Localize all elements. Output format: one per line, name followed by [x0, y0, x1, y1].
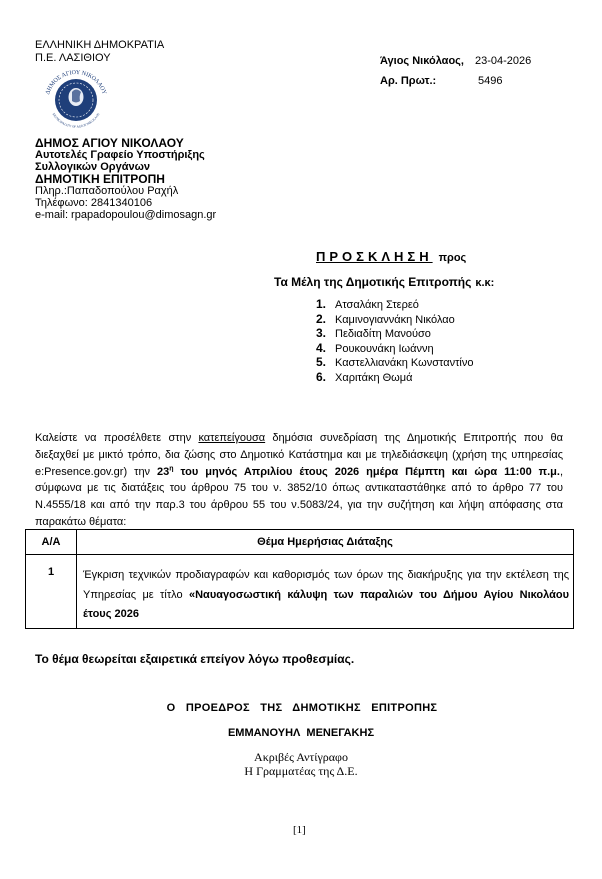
- service-title-year: έτους 2026: [83, 608, 139, 620]
- body-text: δημόσια συνεδρίαση της Δημοτικής Επιτροπ…: [265, 432, 563, 444]
- certified-copy-label: Ακριβές Αντίγραφο: [0, 751, 602, 765]
- member-number: 6.: [316, 371, 335, 385]
- member-name: Χαριτάκη Θωμά: [335, 372, 412, 384]
- item-number: 1: [26, 555, 77, 629]
- member-number: 3.: [316, 327, 335, 341]
- subject-text: Υπηρεσίας με τίτλο: [83, 589, 189, 601]
- issuer-header: ΕΛΛΗΝΙΚΗ ΔΗΜΟΚΡΑΤΙΑ Π.Ε. ΛΑΣΙΘΙΟΥ: [35, 39, 164, 64]
- body-line: Καλείστε να προσέλθετε στην κατεπείγουσα…: [35, 430, 563, 447]
- members-list: 1.Ατσαλάκη Στερεό 2.Καμινογιαννάκη Νικόλ…: [316, 298, 473, 386]
- member-name: Καστελλιανάκη Κωνσταντίνο: [335, 357, 473, 369]
- agenda-table: Α/Α Θέμα Ημερήσιας Διάταξης 1 Έγκριση τε…: [25, 529, 574, 629]
- municipality-seal-logo: ΔΗΜΟΣ ΑΓΙΟΥ ΝΙΚΟΛΑΟΥ MUNICIPALITY OF AGI…: [36, 64, 116, 134]
- list-item: 2.Καμινογιαννάκη Νικόλαο: [316, 313, 473, 328]
- signature-block: Ο ΠΡΟΕΔΡΟΣ ΤΗΣ ΔΗΜΟΤΙΚΗΣ ΕΠΙΤΡΟΠΗΣ ΕΜΜΑΝ…: [0, 702, 602, 778]
- body-line: διεξαχθεί με μικτό τρόπο, δια ζώσης στο …: [35, 447, 563, 464]
- body-text: ,: [560, 466, 563, 478]
- body-text: e:Presence.gov.gr) την: [35, 466, 157, 478]
- table-header-row: Α/Α Θέμα Ημερήσιας Διάταξης: [26, 530, 574, 555]
- office-name-line1: Αυτοτελές Γραφείο Υποστήριξης: [35, 149, 216, 161]
- subject-line: Υπηρεσίας με τίτλο «Ναυαγοσωστική κάλυψη…: [83, 586, 569, 606]
- certified-copy: Ακριβές Αντίγραφο Η Γραμματέας της Δ.Ε.: [0, 751, 602, 778]
- subject-line: έτους 2026: [83, 605, 569, 625]
- committee-name: ΔΗΜΟΤΙΚΗ ΕΠΙΤΡΟΠΗ: [35, 173, 216, 185]
- service-title: «Ναυαγοσωστική κάλυψη των παραλιών του Δ…: [189, 589, 569, 601]
- issuing-office: ΔΗΜΟΣ ΑΓΙΟΥ ΝΙΚΟΛΑΟΥ Αυτοτελές Γραφείο Υ…: [35, 137, 216, 221]
- signatory-title: Ο ΠΡΟΕΔΡΟΣ ΤΗΣ ΔΗΜΟΤΙΚΗΣ ΕΠΙΤΡΟΠΗΣ: [1, 702, 602, 714]
- member-name: Πεδιαδίτη Μανούσο: [335, 328, 431, 340]
- contact-email: e-mail: rpapadopoulou@dimosagn.gr: [35, 209, 216, 221]
- item-subject: Έγκριση τεχνικών προδιαγραφών και καθορι…: [77, 555, 574, 629]
- member-number: 2.: [316, 313, 335, 327]
- body-line: e:Presence.gov.gr) την 23η του μηνός Απρ…: [35, 464, 563, 481]
- signatory-name: ΕΜΜΑΝΟΥΗΛ ΜΕΝΕΓΑΚΗΣ: [0, 727, 602, 739]
- country-name: ΕΛΛΗΝΙΚΗ ΔΗΜΟΚΡΑΤΙΑ: [35, 39, 164, 52]
- body-text: Καλείστε να προσέλθετε στην: [35, 432, 198, 444]
- subject-line: Έγκριση τεχνικών προδιαγραφών και καθορι…: [83, 566, 569, 586]
- list-item: 3.Πεδιαδίτη Μανούσο: [316, 327, 473, 342]
- invitation-heading-suffix: προς: [439, 252, 467, 264]
- column-header-number: Α/Α: [26, 530, 77, 555]
- place-label: Άγιος Νικόλαος,: [380, 55, 464, 67]
- urgent-keyword: κατεπείγουσα: [198, 432, 265, 444]
- invitation-title: ΠΡΟΣΚΛΗΣΗ: [316, 249, 433, 264]
- recipients-title: Τα Μέλη της Δημοτικής Επιτροπήςκ.κ:: [274, 275, 494, 289]
- meeting-day: 23: [157, 466, 169, 478]
- protocol-label: Αρ. Πρωτ.:: [380, 75, 436, 87]
- column-header-subject: Θέμα Ημερήσιας Διάταξης: [77, 530, 574, 555]
- meeting-date: 23η του μηνός Απριλίου έτους 2026 ημέρα …: [157, 466, 560, 478]
- secretary-label: Η Γραμματέας της Δ.Ε.: [0, 765, 602, 779]
- region-name: Π.Ε. ΛΑΣΙΘΙΟΥ: [35, 52, 164, 65]
- contact-person: Πληρ.:Παπαδοπούλου Ραχήλ: [35, 185, 216, 197]
- table-row: 1 Έγκριση τεχνικών προδιαγραφών και καθο…: [26, 555, 574, 629]
- body-line: σύμφωνα με τις διατάξεις του άρθρου 75 τ…: [35, 480, 563, 497]
- meeting-datetime: του μηνός Απριλίου έτους 2026 ημέρα Πέμπ…: [174, 466, 560, 478]
- member-name: Καμινογιαννάκη Νικόλαο: [335, 314, 455, 326]
- recipients-title-text: Τα Μέλη της Δημοτικής Επιτροπής: [274, 275, 471, 289]
- member-number: 1.: [316, 298, 335, 312]
- contact-phone: Τηλέφωνο: 2841340106: [35, 197, 216, 209]
- list-item: 6.Χαριτάκη Θωμά: [316, 371, 473, 386]
- municipality-name: ΔΗΜΟΣ ΑΓΙΟΥ ΝΙΚΟΛΑΟΥ: [35, 137, 216, 149]
- recipients-suffix: κ.κ:: [475, 277, 494, 289]
- member-number: 5.: [316, 356, 335, 370]
- document-date: 23-04-2026: [475, 55, 531, 67]
- list-item: 4.Ρουκουνάκη Ιωάννη: [316, 342, 473, 357]
- urgency-note: Το θέμα θεωρείται εξαιρετικά επείγον λόγ…: [35, 652, 354, 666]
- list-item: 5.Καστελλιανάκη Κωνσταντίνο: [316, 356, 473, 371]
- invitation-heading: ΠΡΟΣΚΛΗΣΗπρος: [316, 249, 466, 264]
- member-name: Ατσαλάκη Στερεό: [335, 299, 419, 311]
- member-name: Ρουκουνάκη Ιωάννη: [335, 343, 434, 355]
- protocol-number: 5496: [478, 75, 502, 87]
- list-item: 1.Ατσαλάκη Στερεό: [316, 298, 473, 313]
- body-line: Ν.4555/18 και από την παρ.3 του άρθρου 5…: [35, 497, 563, 514]
- page-number: [1]: [293, 824, 306, 836]
- invitation-body: Καλείστε να προσέλθετε στην κατεπείγουσα…: [35, 430, 563, 531]
- member-number: 4.: [316, 342, 335, 356]
